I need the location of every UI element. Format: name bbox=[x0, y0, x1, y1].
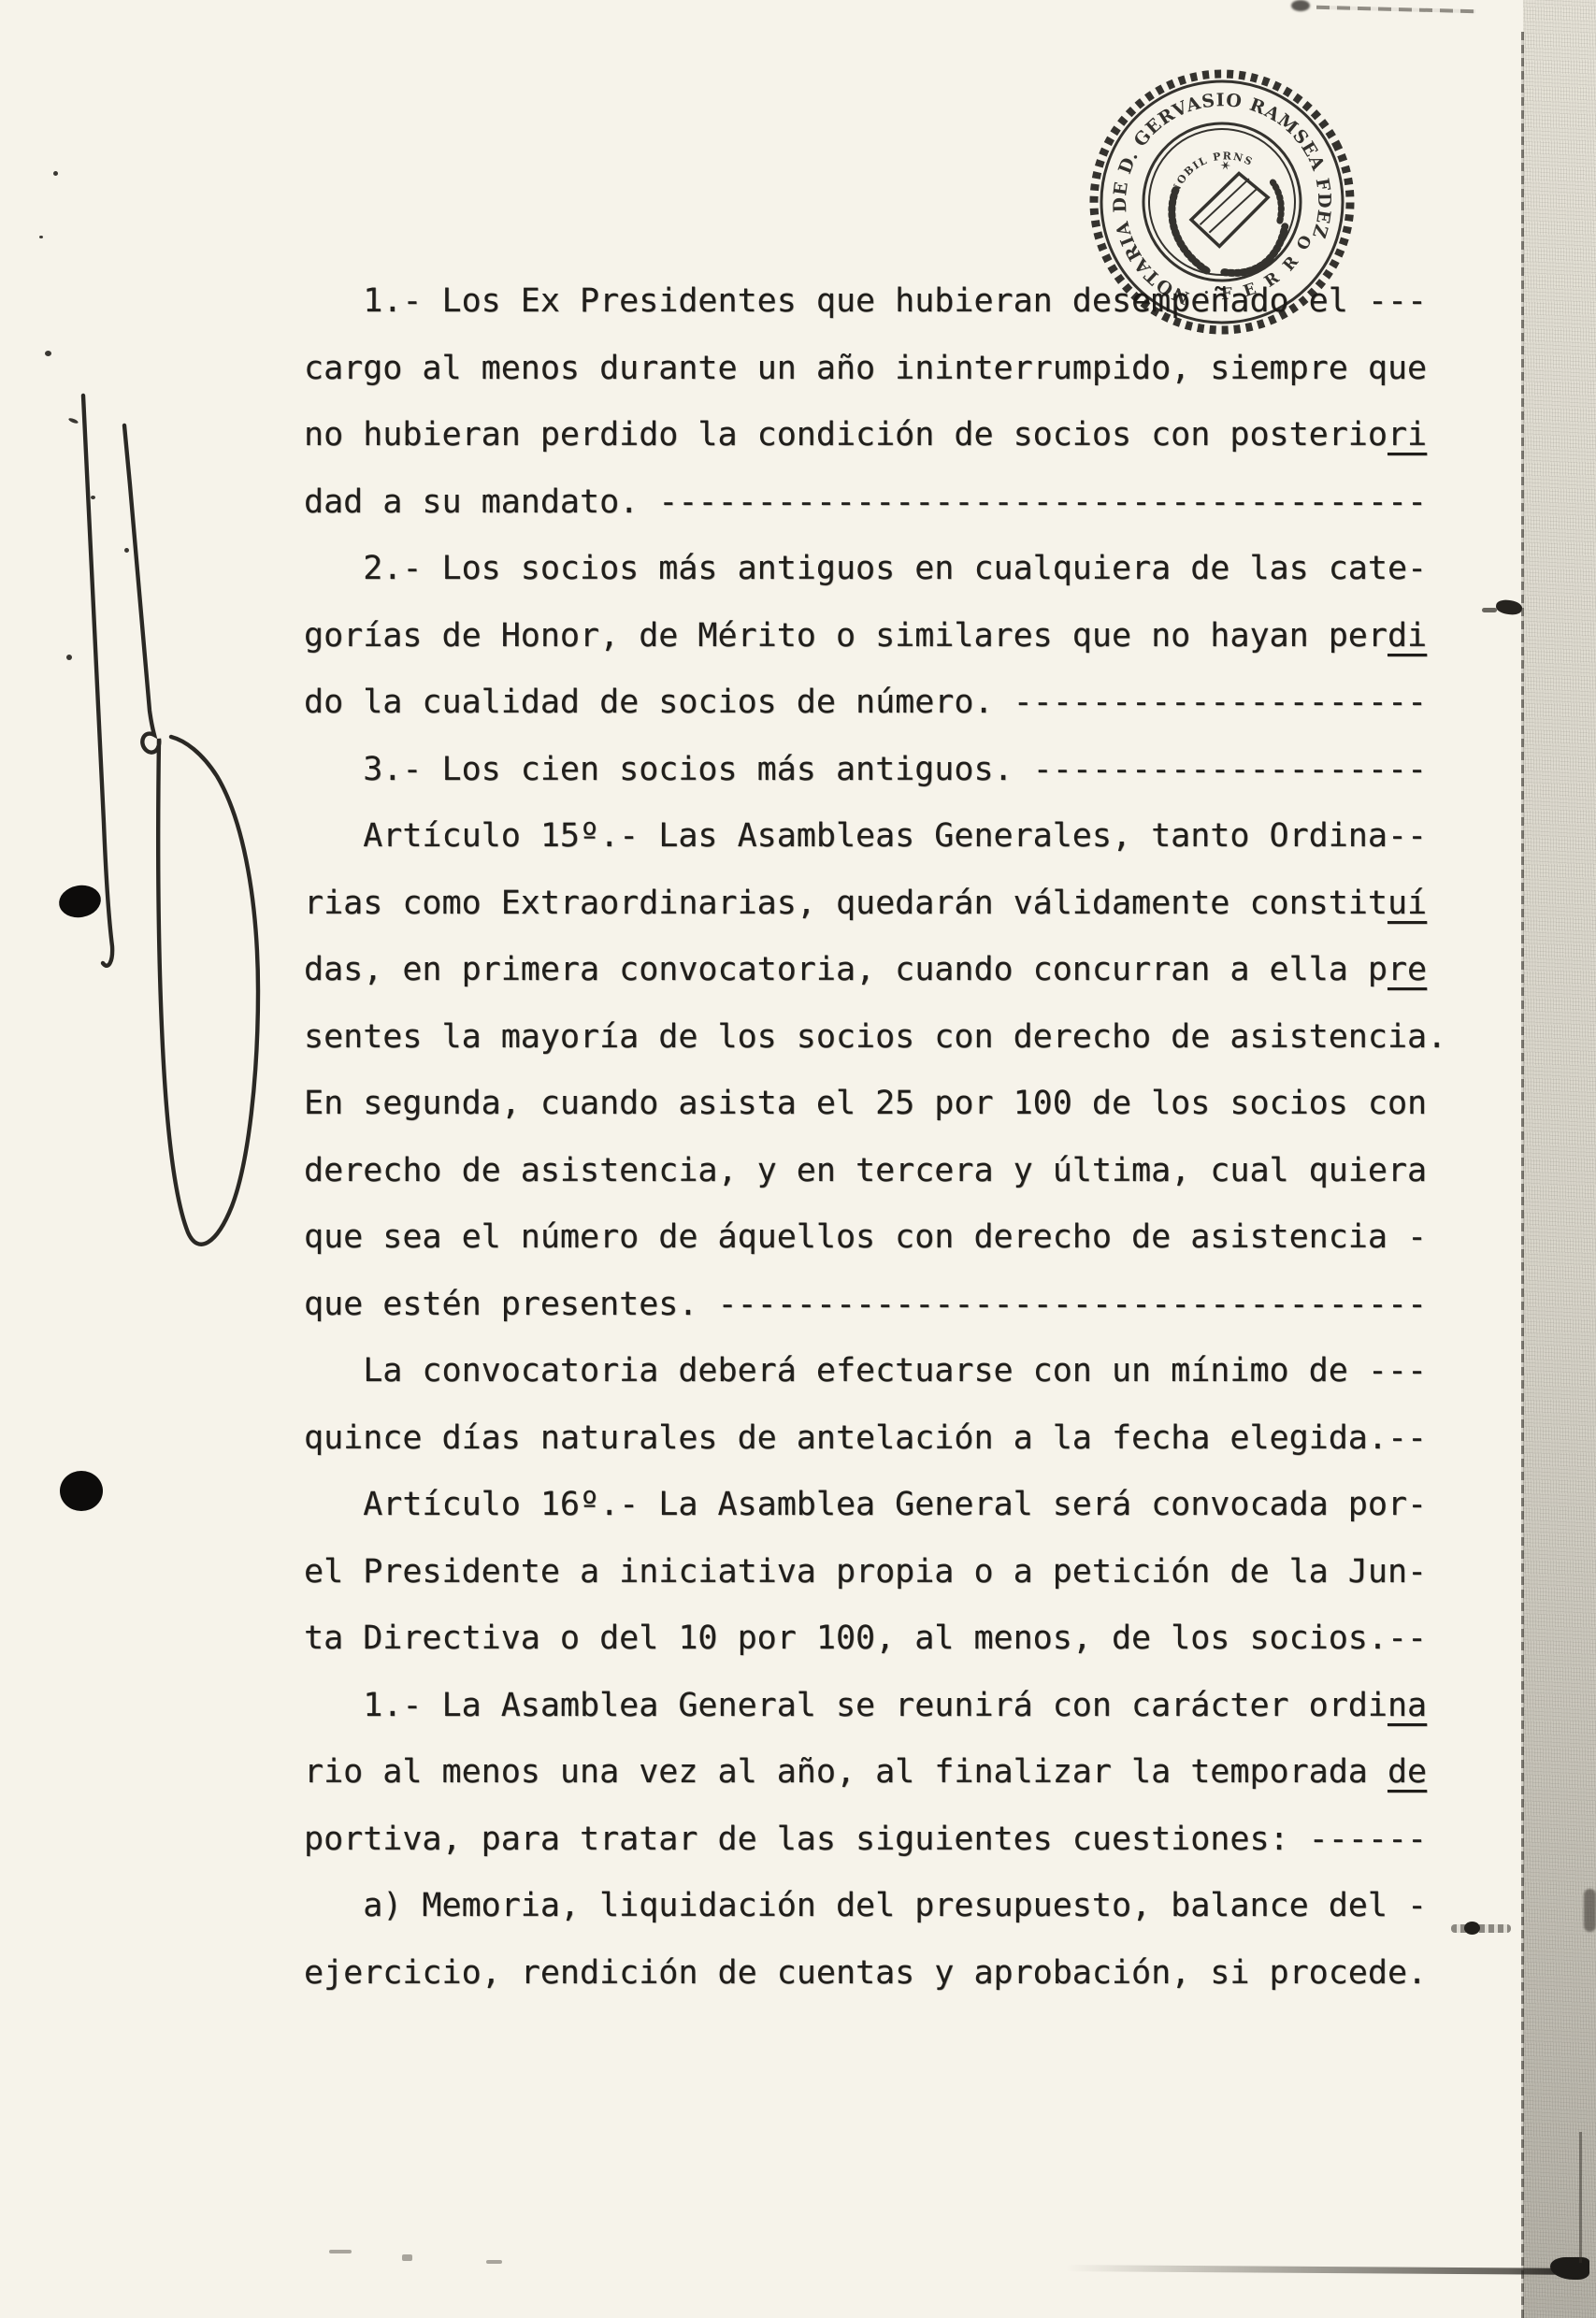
text-line: 1.- La Asamblea General se reunirá con c… bbox=[304, 1673, 1463, 1740]
text-line: Artículo 16º.- La Asamblea General será … bbox=[304, 1472, 1463, 1539]
pen-stroke-left bbox=[83, 396, 112, 966]
text-line: Artículo 15º.- Las Asambleas Generales, … bbox=[304, 803, 1463, 871]
ink-speck bbox=[53, 171, 58, 176]
typewritten-text: 1.- Los Ex Presidentes que hubieran dese… bbox=[304, 268, 1463, 2007]
lower-right-ink-dot bbox=[1464, 1922, 1480, 1935]
punch-hole-bottom bbox=[60, 1471, 103, 1511]
text-line: portiva, para tratar de las siguientes c… bbox=[304, 1807, 1463, 1874]
text-line: rias como Extraordinarias, quedarán váli… bbox=[304, 871, 1463, 938]
ink-speck bbox=[39, 236, 43, 238]
text-line: 2.- Los socios más antiguos en cualquier… bbox=[304, 536, 1463, 603]
stamp-inner-text: NOBIL PRNS bbox=[1161, 134, 1258, 206]
top-ink-smudge bbox=[1291, 0, 1310, 11]
text-line: cargo al menos durante un año ininterrum… bbox=[304, 336, 1463, 403]
text-line: ejercicio, rendición de cuentas y aproba… bbox=[304, 1940, 1463, 2008]
text-line: 1.- Los Ex Presidentes que hubieran dese… bbox=[304, 268, 1463, 336]
text-line: que sea el número de áquellos con derech… bbox=[304, 1204, 1463, 1272]
pen-stroke-loop bbox=[124, 425, 258, 1245]
text-line: derecho de asistencia, y en tercera y úl… bbox=[304, 1138, 1463, 1205]
ink-speck bbox=[68, 417, 79, 425]
ink-speck bbox=[45, 351, 51, 356]
faint-pencil-mark bbox=[486, 2260, 502, 2264]
punch-hole-top bbox=[56, 882, 103, 920]
scanned-document-page: 1.- Los Ex Presidentes que hubieran dese… bbox=[0, 0, 1596, 2318]
ink-speck bbox=[124, 548, 129, 553]
right-edge-smudge bbox=[1584, 1889, 1596, 1932]
text-line: no hubieran perdido la condición de soci… bbox=[304, 402, 1463, 469]
text-line: gorías de Honor, de Mérito o similares q… bbox=[304, 603, 1463, 670]
bottom-scratch-line bbox=[1066, 2265, 1586, 2275]
stamp-star-icon: ✶ bbox=[1217, 155, 1234, 176]
bottom-corner-line bbox=[1579, 2132, 1582, 2263]
ink-speck bbox=[66, 655, 72, 660]
right-margin-ink-tail bbox=[1482, 608, 1497, 612]
text-line: rio al menos una vez al año, al finaliza… bbox=[304, 1739, 1463, 1807]
text-line: En segunda, cuando asista el 25 por 100 … bbox=[304, 1071, 1463, 1138]
text-line: La convocatoria deberá efectuarse con un… bbox=[304, 1338, 1463, 1405]
right-margin-ink-blot bbox=[1495, 598, 1523, 616]
text-line: quince días naturales de antelación a la… bbox=[304, 1405, 1463, 1473]
faint-pencil-mark bbox=[329, 2250, 352, 2253]
text-line: ta Directiva o del 10 por 100, al menos,… bbox=[304, 1605, 1463, 1673]
text-line: a) Memoria, liquidación del presupuesto,… bbox=[304, 1873, 1463, 1940]
ink-speck bbox=[91, 496, 95, 499]
paper-fold-line bbox=[1521, 32, 1524, 2318]
text-line: que estén presentes. -------------------… bbox=[304, 1272, 1463, 1339]
text-line: dad a su mandato. ----------------------… bbox=[304, 469, 1463, 537]
text-line: sentes la mayoría de los socios con dere… bbox=[304, 1004, 1463, 1072]
text-line: el Presidente a iniciativa propia o a pe… bbox=[304, 1539, 1463, 1606]
scan-edge-band bbox=[1523, 0, 1596, 2318]
text-line: das, en primera convocatoria, cuando con… bbox=[304, 937, 1463, 1004]
text-line: do la cualidad de socios de número. ----… bbox=[304, 669, 1463, 737]
text-line: 3.- Los cien socios más antiguos. ------… bbox=[304, 737, 1463, 804]
faint-pencil-mark bbox=[402, 2254, 412, 2261]
top-scratch-mark bbox=[1316, 6, 1475, 13]
